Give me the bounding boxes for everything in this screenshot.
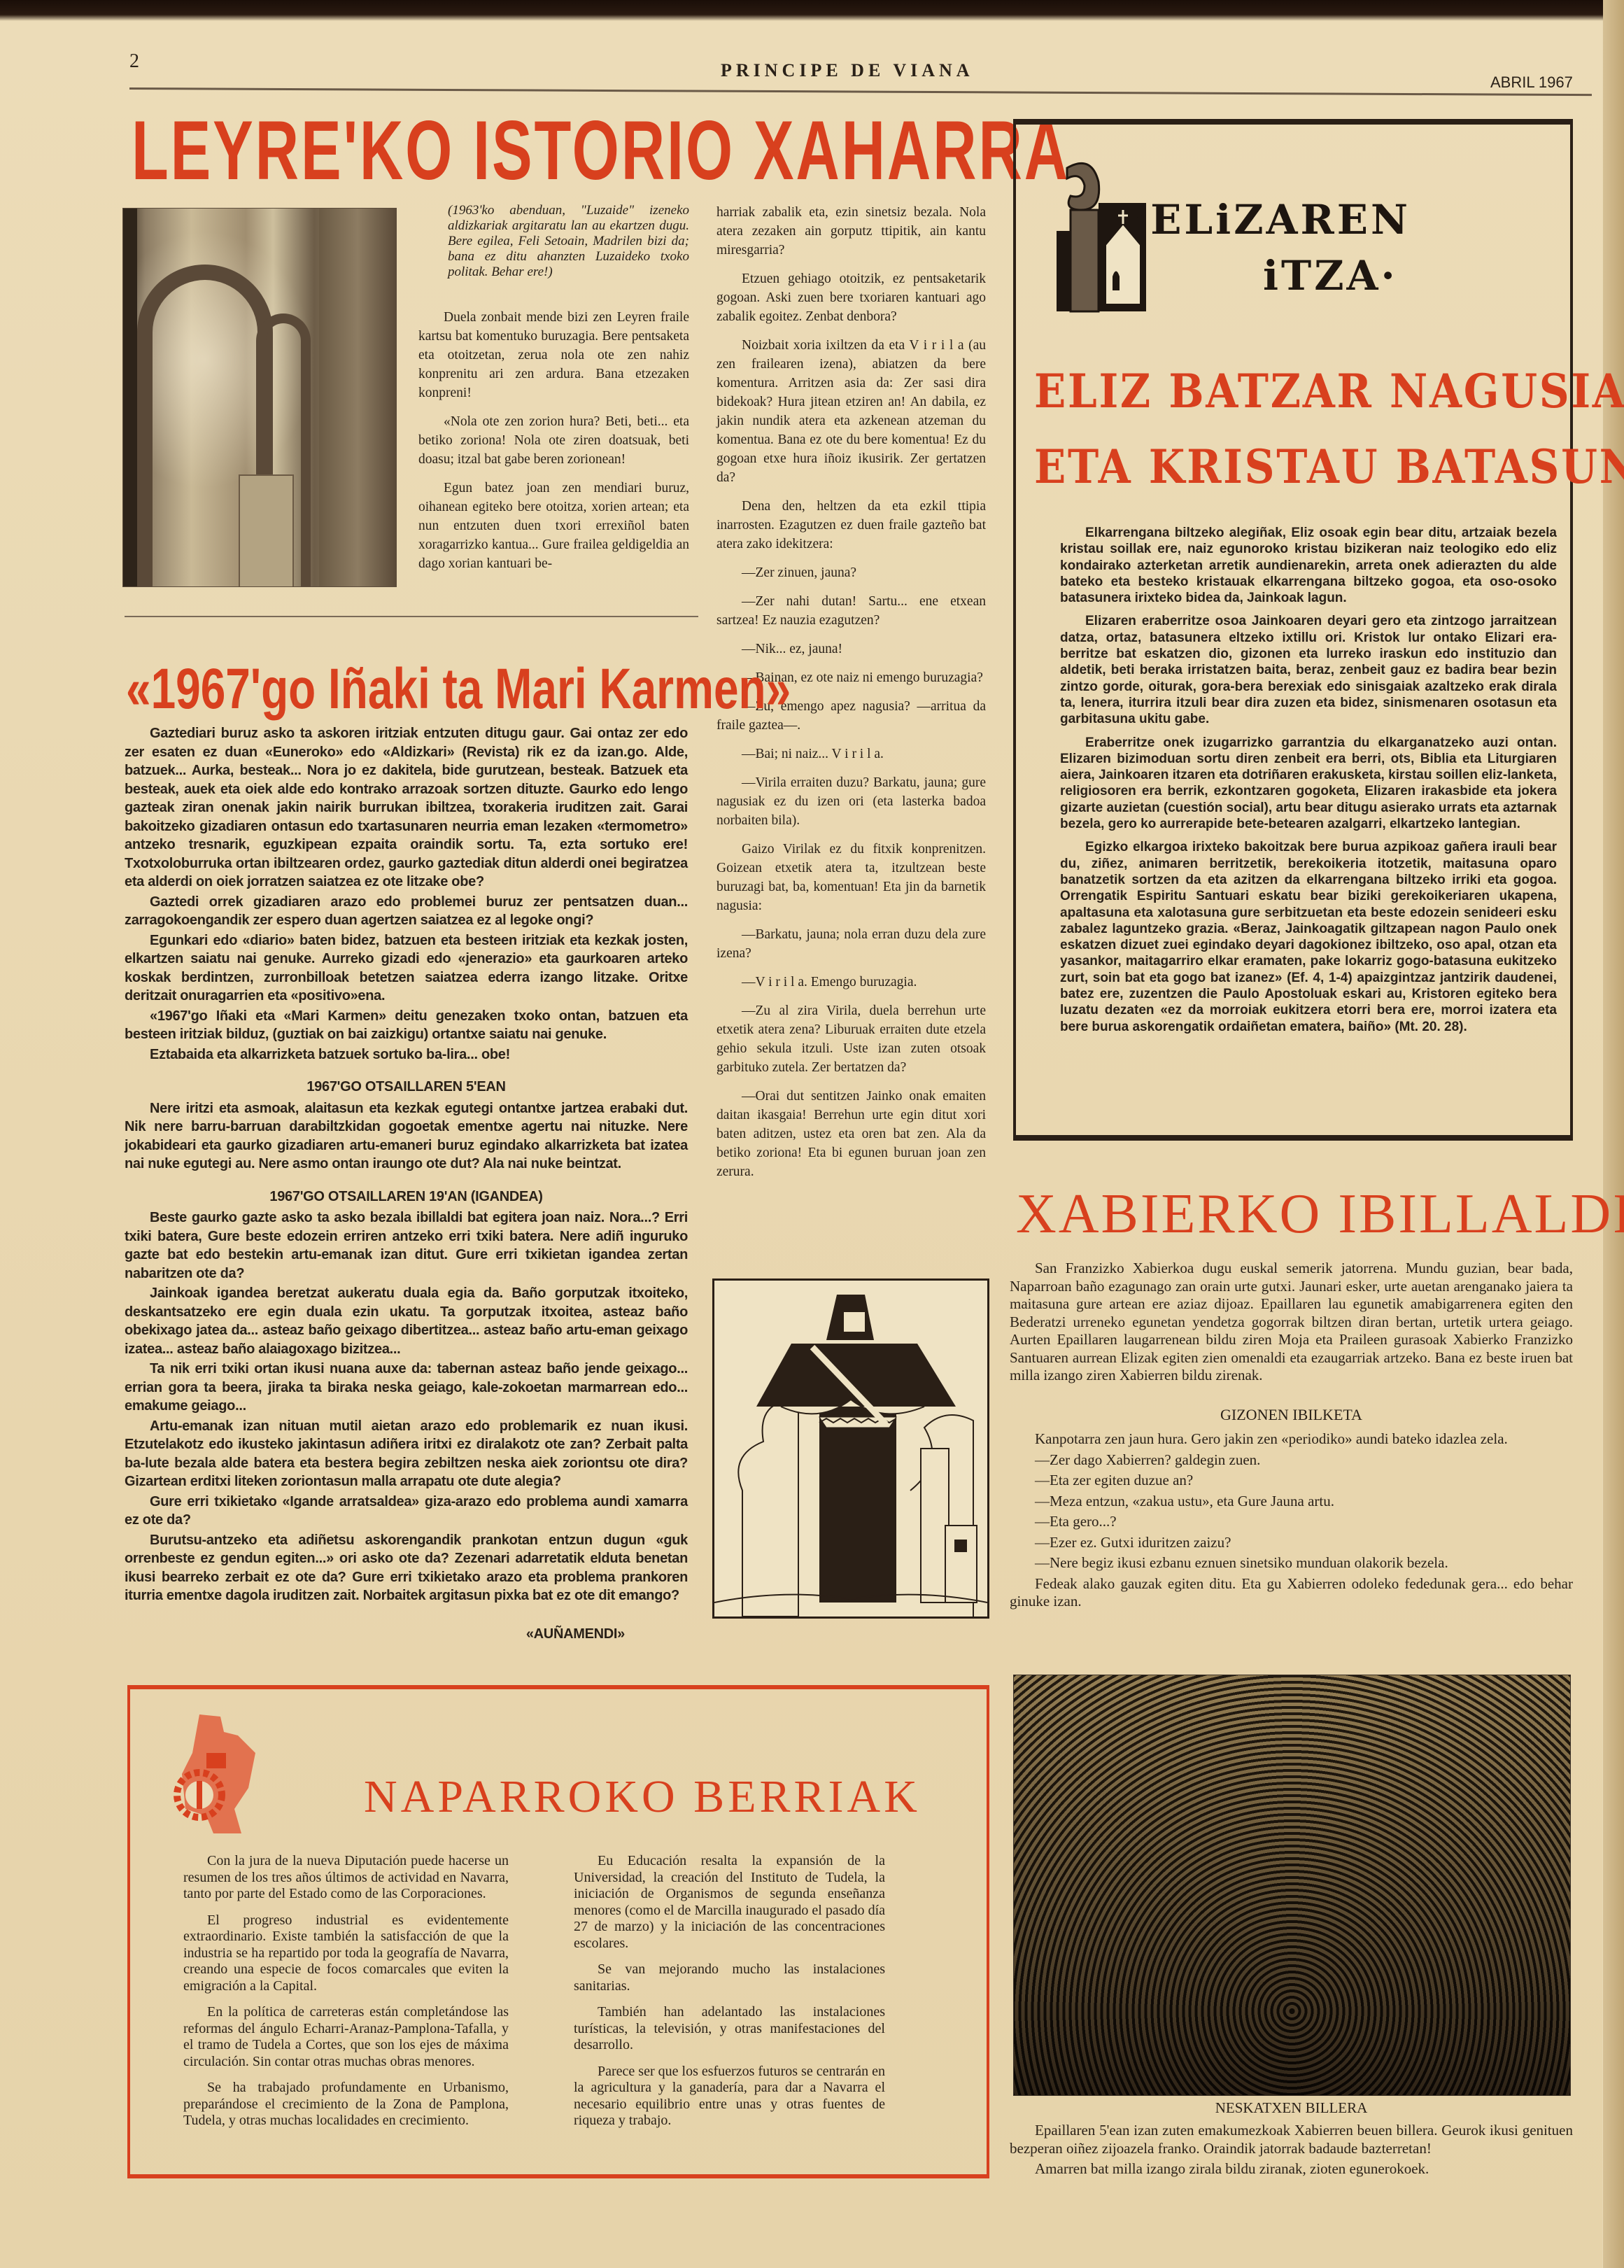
subhead-otsaillaren-19: 1967'GO OTSAILLAREN 19'AN (IGANDEA) bbox=[125, 1188, 688, 1206]
monk-woodcut-illustration bbox=[712, 1279, 989, 1619]
naparroko-column-2: Eu Educación resalta la expansión de la … bbox=[574, 1853, 885, 2139]
naparroko-column-1: Con la jura de la nueva Diputación puede… bbox=[183, 1853, 509, 2139]
pilgrimage-crowd-photo bbox=[1013, 1675, 1571, 2096]
signature: «AUÑAMENDI» bbox=[125, 1625, 625, 1644]
page-number: 2 bbox=[129, 50, 139, 73]
leyre-crypt-photo bbox=[122, 208, 397, 587]
inaki-headline: «1967'go Iñaki ta Mari Karmen» bbox=[126, 658, 584, 721]
issue-date: ABRIL 1967 bbox=[1490, 73, 1573, 92]
scan-right-edge bbox=[1603, 0, 1624, 2268]
photo-caption: NESKATXEN BILLERA bbox=[1013, 2099, 1569, 2117]
elizaren-body: Elkarrengana biltzeko alegiñak, Eliz oso… bbox=[1060, 525, 1557, 1042]
subhead-gizonen-ibilketa: GIZONEN IBILKETA bbox=[1010, 1406, 1573, 1424]
xabierko-headline: XABIERKO IBILLALDIA bbox=[1016, 1179, 1590, 1249]
subhead-otsaillaren-5: 1967'GO OTSAILLAREN 5'EAN bbox=[125, 1078, 688, 1097]
section-divider bbox=[125, 616, 698, 617]
scan-top-edge bbox=[0, 0, 1624, 21]
eliz-batzar-headline-1: ELIZ BATZAR NAGUSIA bbox=[1034, 364, 1624, 418]
leyre-headline: LEYRE'KO ISTORIO XAHARRA bbox=[132, 105, 756, 196]
inaki-body: Gaztediari buruz asko ta askoren iritzia… bbox=[125, 724, 688, 1644]
elizaren-header-line1: ·ELiZAREN bbox=[1134, 196, 1411, 244]
eliz-batzar-headline-2: ETA KRISTAU BATASUNA bbox=[1034, 439, 1624, 494]
xabierko-body: San Franzizko Xabierkoa dugu euskal seme… bbox=[1010, 1260, 1573, 1614]
leyre-intro: (1963'ko abenduan, "Luzaide" izeneko ald… bbox=[448, 203, 689, 290]
naparroko-headline: NAPARROKO BERRIAK bbox=[364, 1770, 921, 1824]
masthead: PRINCIPE DE VIANA bbox=[721, 60, 974, 81]
leyre-column-1: Duela zonbait mende bizi zen Leyren frai… bbox=[418, 308, 689, 583]
navarra-industry-logo bbox=[171, 1711, 269, 1837]
elizaren-header-line2: iTZA· bbox=[1263, 252, 1398, 300]
neskatxen-body: Epaillaren 5'ean izan zuten emakumezkoak… bbox=[1010, 2122, 1573, 2181]
